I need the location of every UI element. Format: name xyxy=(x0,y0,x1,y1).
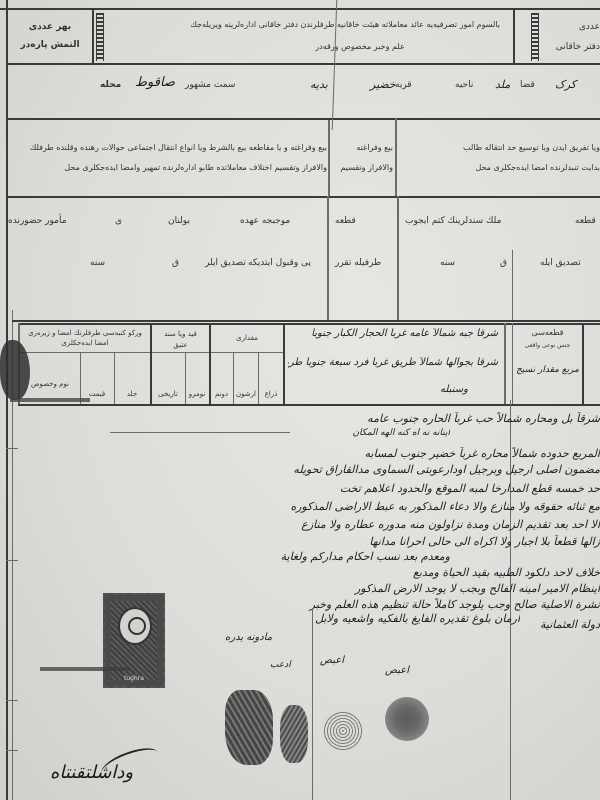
body-line-13: ارمان بلوغ تقدیره الفایغ بالفکیه واشعیه … xyxy=(200,612,520,625)
table-col-div-2 xyxy=(80,352,81,404)
stamp-medallion xyxy=(118,607,152,645)
location-label-village: قریه xyxy=(395,80,412,90)
location-known-as: صاقوط xyxy=(135,75,175,90)
officials-divider-2 xyxy=(397,196,399,320)
officials-label-certifies: تصدیق ایلر xyxy=(205,258,246,268)
table-boundaries-line3: وسنبله xyxy=(440,384,468,395)
table-header-type-sub: جنس نوعی واقعی xyxy=(515,342,580,349)
officials-label-duty: موجبجه عهده xyxy=(240,216,290,226)
officials-label-decided: طرفیله تقرر xyxy=(335,258,381,268)
margin-tick-1 xyxy=(6,448,18,449)
left-border xyxy=(6,0,8,800)
officials-label-present: مأمور حضورنده xyxy=(8,216,67,226)
header-right-ornament xyxy=(531,13,539,61)
table-col-div-10 xyxy=(504,323,506,404)
table-type-value: مربع مقدار نسیج xyxy=(515,365,580,375)
transaction-middle-line2: والافراز وتقسیم xyxy=(335,163,393,172)
header-left-divider xyxy=(92,10,94,63)
body-line-4: مضمون اصلی ارجیل وبرجیل اودارعوبتی السما… xyxy=(40,463,600,476)
table-sub-date: تاریخی xyxy=(153,390,183,398)
header-center-line2: علم وخبر مخصوص ورقه‌در xyxy=(240,42,480,51)
location-sancak: کرک xyxy=(555,78,576,91)
table-col-div-9 xyxy=(283,323,285,404)
body-line-7: الا احد بعد تقدیم الزمان ومدة نزاولون من… xyxy=(15,518,600,531)
property-table-bottom-rule xyxy=(18,404,600,406)
table-boundaries-line2: شرقاً بجوالها شمالاً طریق غرباً فرد سبعة… xyxy=(288,357,498,368)
header-right-line1: عددی xyxy=(545,22,600,32)
transaction-row-bottom-rule xyxy=(8,196,600,198)
ink-smudge xyxy=(0,340,30,400)
top-border xyxy=(0,8,600,10)
body-line-14: دولة العثمانیة xyxy=(520,618,600,631)
location-label-nahiye: ناحیه xyxy=(455,80,473,90)
location-label-locality: محله xyxy=(100,80,121,90)
header-right-line2: دفتر خاقانی xyxy=(540,42,600,52)
body-line-1: شرقاً بل ومحاره شمالاً حب غرباً الحاره ج… xyxy=(280,412,600,425)
body-line-8: زالها قطعاً بلا اجبار ولا اکراه الی حالی… xyxy=(15,535,600,548)
location-label-kaza: قضا xyxy=(520,80,535,90)
officials-label-ya: ی xyxy=(115,216,122,226)
table-header-rights: قید ویا سند xyxy=(153,330,208,338)
body-center-rule xyxy=(312,610,313,800)
table-sub-number: نومرو xyxy=(187,390,207,398)
margin-tick-2 xyxy=(6,560,18,561)
table-header-area: مقداری xyxy=(212,334,282,342)
officials-label-certify-with: تصدیق ایله xyxy=(540,258,581,268)
witness-signature-2: اعبص xyxy=(385,665,409,676)
body-line-3: المربع حدوده شمالاً محاره غرباً خضیر جنو… xyxy=(200,447,600,460)
deed-paper: بهر عددی التمش پاره‌در بالسوم امور تصرفی… xyxy=(0,0,600,800)
table-sub-arshun: ارشون xyxy=(235,390,257,398)
large-seal-impression xyxy=(225,690,273,765)
location-label-known-as: سمت مشهور xyxy=(185,80,235,90)
body-line-2: اینانه نه اه کنه الهه المکان xyxy=(300,428,450,438)
officials-label-accepts: یی وقبول ایتدیکه xyxy=(248,258,311,268)
officials-divider-3 xyxy=(512,250,513,320)
location-quarter: بدیه xyxy=(310,78,328,91)
table-col-div-3 xyxy=(114,352,115,404)
stamp-label: tughra xyxy=(105,675,163,682)
header-right-divider xyxy=(513,10,515,63)
transaction-divider-1 xyxy=(395,118,397,196)
table-col-div-4 xyxy=(150,323,152,404)
table-col-div-5 xyxy=(185,352,186,404)
body-line-9: ومعدم بعد نسب احکام مدارکم ولغایة xyxy=(150,550,450,563)
table-col-div-8 xyxy=(258,352,259,404)
table-col-div-11 xyxy=(512,323,513,404)
header-left-line2: التمش پاره‌در xyxy=(20,40,80,50)
table-header-remarks: ورکو کتبه‌سی طرفلرنك امضا و زیره‌ری امضا… xyxy=(22,328,148,348)
officials-row-bottom-rule xyxy=(12,320,600,322)
table-header-rights-sub: عتیق xyxy=(153,341,208,349)
body-line-10: خلاف لاحد دلکود الطبیه بقید الحیاة ومدبع xyxy=(15,566,600,579)
margin-tick-4 xyxy=(6,750,18,751)
table-boundaries-line1: شرقاً جبه شمالاً عامه غرباً الحجار الکبا… xyxy=(288,328,498,339)
witness-signature-3: ادعب xyxy=(270,660,291,670)
body-line-6: مع ثنائه حقوقه ولا منازع والا دعاء المذک… xyxy=(10,500,600,513)
transaction-middle-line1: بیع وفراغته xyxy=(335,143,393,152)
ink-smear xyxy=(40,667,130,671)
table-footer-label: نوم وخصوص xyxy=(22,380,78,388)
round-seal-dark xyxy=(385,697,429,741)
witness-signature-1: اعبص xyxy=(320,655,344,666)
table-sub-donum: دونم xyxy=(211,390,232,398)
header-bottom-rule xyxy=(8,63,600,65)
officials-label-parcel-2: قطعه xyxy=(575,216,596,226)
location-kaza: ملد xyxy=(495,78,510,91)
officials-label-q-2: ق xyxy=(500,258,507,268)
table-header-type: قطعه‌سی xyxy=(515,328,580,337)
transaction-left-line2: والافراز وتقسیم اختلاف معاملاتده طابو اد… xyxy=(30,163,327,172)
transaction-right-line1: ویا تفریق ایدن ویا توسیع حد انتقاله طالب xyxy=(400,143,600,152)
ink-smudge-line xyxy=(10,398,90,402)
table-sub-zira: ذراع xyxy=(260,390,282,398)
table-col-div-7 xyxy=(233,352,234,404)
officials-label-year-2: سنه xyxy=(440,258,455,268)
header-center-line1: بالسوم امور تصرفیه‌یه عائد معاملاته هیئت… xyxy=(110,20,500,29)
header-left-line1: بهر عددی xyxy=(20,22,80,32)
header-left-ornament xyxy=(96,13,104,61)
transaction-left-line1: بیع وفراغته و یا مقاطعه بیع بالشرط ویا ا… xyxy=(12,143,327,152)
officials-divider-1 xyxy=(327,196,329,320)
officials-label-year-1: سنه xyxy=(90,258,105,268)
transaction-divider-2 xyxy=(328,120,330,196)
officials-label-found: بولنان xyxy=(168,216,190,226)
officials-label-parcel-1: قطعه xyxy=(335,216,356,226)
table-sub-value: قیمت xyxy=(82,390,112,398)
table-col-div-12 xyxy=(582,323,584,404)
officials-label-q-1: ق xyxy=(172,258,179,268)
tughra-icon xyxy=(128,617,146,635)
location-row-bottom-rule xyxy=(8,118,600,120)
round-seal-faint xyxy=(322,710,364,752)
revenue-stamp: tughra xyxy=(103,593,165,688)
table-sub-volume: جلد xyxy=(116,390,148,398)
margin-tick-3 xyxy=(6,700,18,701)
body-strike-line xyxy=(110,432,290,433)
officials-label-deeds: ملك سندلرینك کتم ایجوب xyxy=(405,216,501,226)
official-note: مادونه یدره xyxy=(225,632,272,643)
location-village: خضیر xyxy=(370,78,396,91)
transaction-right-line2: بدایت تنبدلرنده امضا ایده‌جکلری محل xyxy=(420,163,600,172)
seal-impression-2 xyxy=(280,705,308,763)
body-line-5: حد خمسه قطع المدارخا لمبه الموقع والحدود… xyxy=(25,482,600,495)
